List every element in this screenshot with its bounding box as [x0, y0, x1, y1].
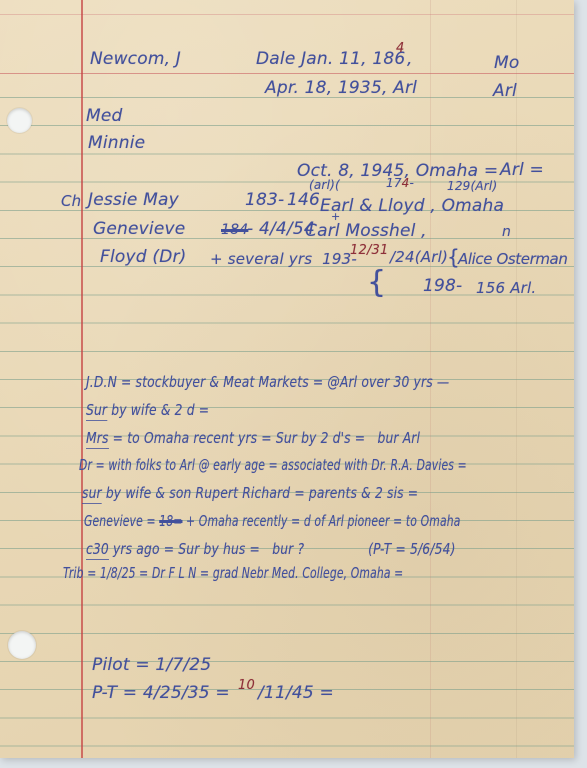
note-sur-rupert-rest: by wife & son Rupert Richard = parents &…: [102, 484, 419, 502]
underlined-sur2: sur: [82, 484, 102, 504]
note-mrs-omaha: Mrs = to Omaha recent yrs = Sur by 2 d's…: [86, 429, 420, 448]
note-genevieve-omaha: Genevieve = 18= + Omaha recently = d of …: [84, 512, 460, 531]
num-198: 198-: [423, 276, 462, 297]
sup-17: 17: [386, 176, 402, 190]
name-minnie: Minnie: [88, 133, 145, 154]
red-10-sup: 10: [238, 678, 255, 694]
sons-earl-lloyd: Earl & Lloyd , Omaha: [320, 196, 504, 217]
date-24-arl: /24(Arl): [390, 248, 448, 267]
note-survived-wife: Sur by wife & 2 d =: [86, 401, 209, 420]
ditto-n-mark: n: [502, 224, 511, 242]
num-183: 183-: [245, 190, 284, 211]
red-correction-4: 4: [396, 41, 404, 57]
note-30yrs-ago: c30 yrs ago = Sur by hus = bur ?(P-T = 5…: [86, 540, 456, 559]
sup-dash: -: [410, 176, 415, 190]
pt-5-6-54: (P-T = 5/6/54): [368, 540, 455, 558]
birth-date: Dale Jan. 11, 186: [256, 49, 405, 70]
child-jessie-may: Jessie May: [88, 190, 179, 211]
underlined-mrs: Mrs: [86, 429, 109, 449]
num-156-arl: 156 Arl.: [476, 279, 536, 298]
date-11-45: /11/45 =: [258, 683, 334, 704]
underlined-sur: Sur: [86, 401, 107, 421]
note-trib-grad: Trib = 1/8/25 = Dr F L N = grad Nebr Med…: [63, 564, 403, 583]
pilot-citation: Pilot = 1/7/25: [92, 655, 211, 676]
note-survived-wife-rest: by wife & 2 d =: [107, 401, 209, 419]
location-arl: Arl: [493, 81, 517, 102]
birth-comma: ,: [407, 49, 413, 70]
child-genevieve: Genevieve: [93, 219, 185, 240]
note-sur-rupert: sur by wife & son Rupert Richard = paren…: [82, 484, 418, 503]
note-med: Med: [86, 106, 123, 127]
death-date: Apr. 18, 1935, Arl: [265, 78, 417, 99]
underlined-c30: c30: [86, 540, 109, 560]
child-floyd-dr: Floyd (Dr): [100, 247, 187, 268]
top-rule-line: [0, 14, 574, 15]
spouse-carl-mosshel: Carl Mosshel ,: [305, 221, 427, 242]
location-mo: Mo: [494, 53, 519, 74]
sup-4-red: 4: [402, 176, 410, 190]
num-146: 146: [287, 190, 320, 211]
sup-129-arl: 129(Arl): [447, 179, 497, 194]
several-yrs-193: + several yrs 193-: [210, 250, 357, 269]
hole-punch-bottom: [8, 631, 36, 659]
spouse-alice-osterman: Alice Osterman: [458, 250, 567, 269]
sup-arl-paren: (arl)(: [309, 178, 340, 193]
brace-large: {: [367, 264, 386, 302]
scanned-note-page: Newcom, J Dale Jan. 11, 186 4 , Mo Apr. …: [0, 0, 587, 768]
ch-abbrev: Ch: [61, 192, 81, 211]
genevieve-rest: + Omaha recently = d of Arl pioneer = to…: [182, 512, 460, 530]
paper-crease: [516, 0, 517, 758]
note-mrs-omaha-rest: = to Omaha recent yrs = Sur by 2 d's = b…: [109, 429, 421, 447]
ledger-paper: Newcom, J Dale Jan. 11, 186 4 , Mo Apr. …: [0, 0, 574, 758]
sup-174: 174-: [386, 176, 414, 191]
oct-arl: Arl =: [500, 160, 544, 181]
note-30yrs-rest: yrs ago = Sur by hus = bur ?: [109, 540, 304, 558]
hole-punch-top: [7, 108, 32, 133]
header-rule-line: [0, 73, 574, 74]
scribbled-mid: 18=: [159, 512, 182, 530]
genevieve-prefix: Genevieve =: [84, 512, 159, 530]
left-margin-line: [81, 0, 83, 758]
scribbled-number: 184: [221, 222, 248, 240]
note-dr-folks: Dr = with folks to Arl @ early age = ass…: [79, 456, 467, 475]
red-date-12-31: 12/31: [350, 243, 388, 259]
pt-citation: P-T = 4/25/35 =: [92, 683, 230, 704]
note-jdn-stockbuyer: J.D.N = stockbuyer & Meat Markets = @Arl…: [86, 373, 449, 392]
surname-entry: Newcom, J: [90, 49, 181, 70]
